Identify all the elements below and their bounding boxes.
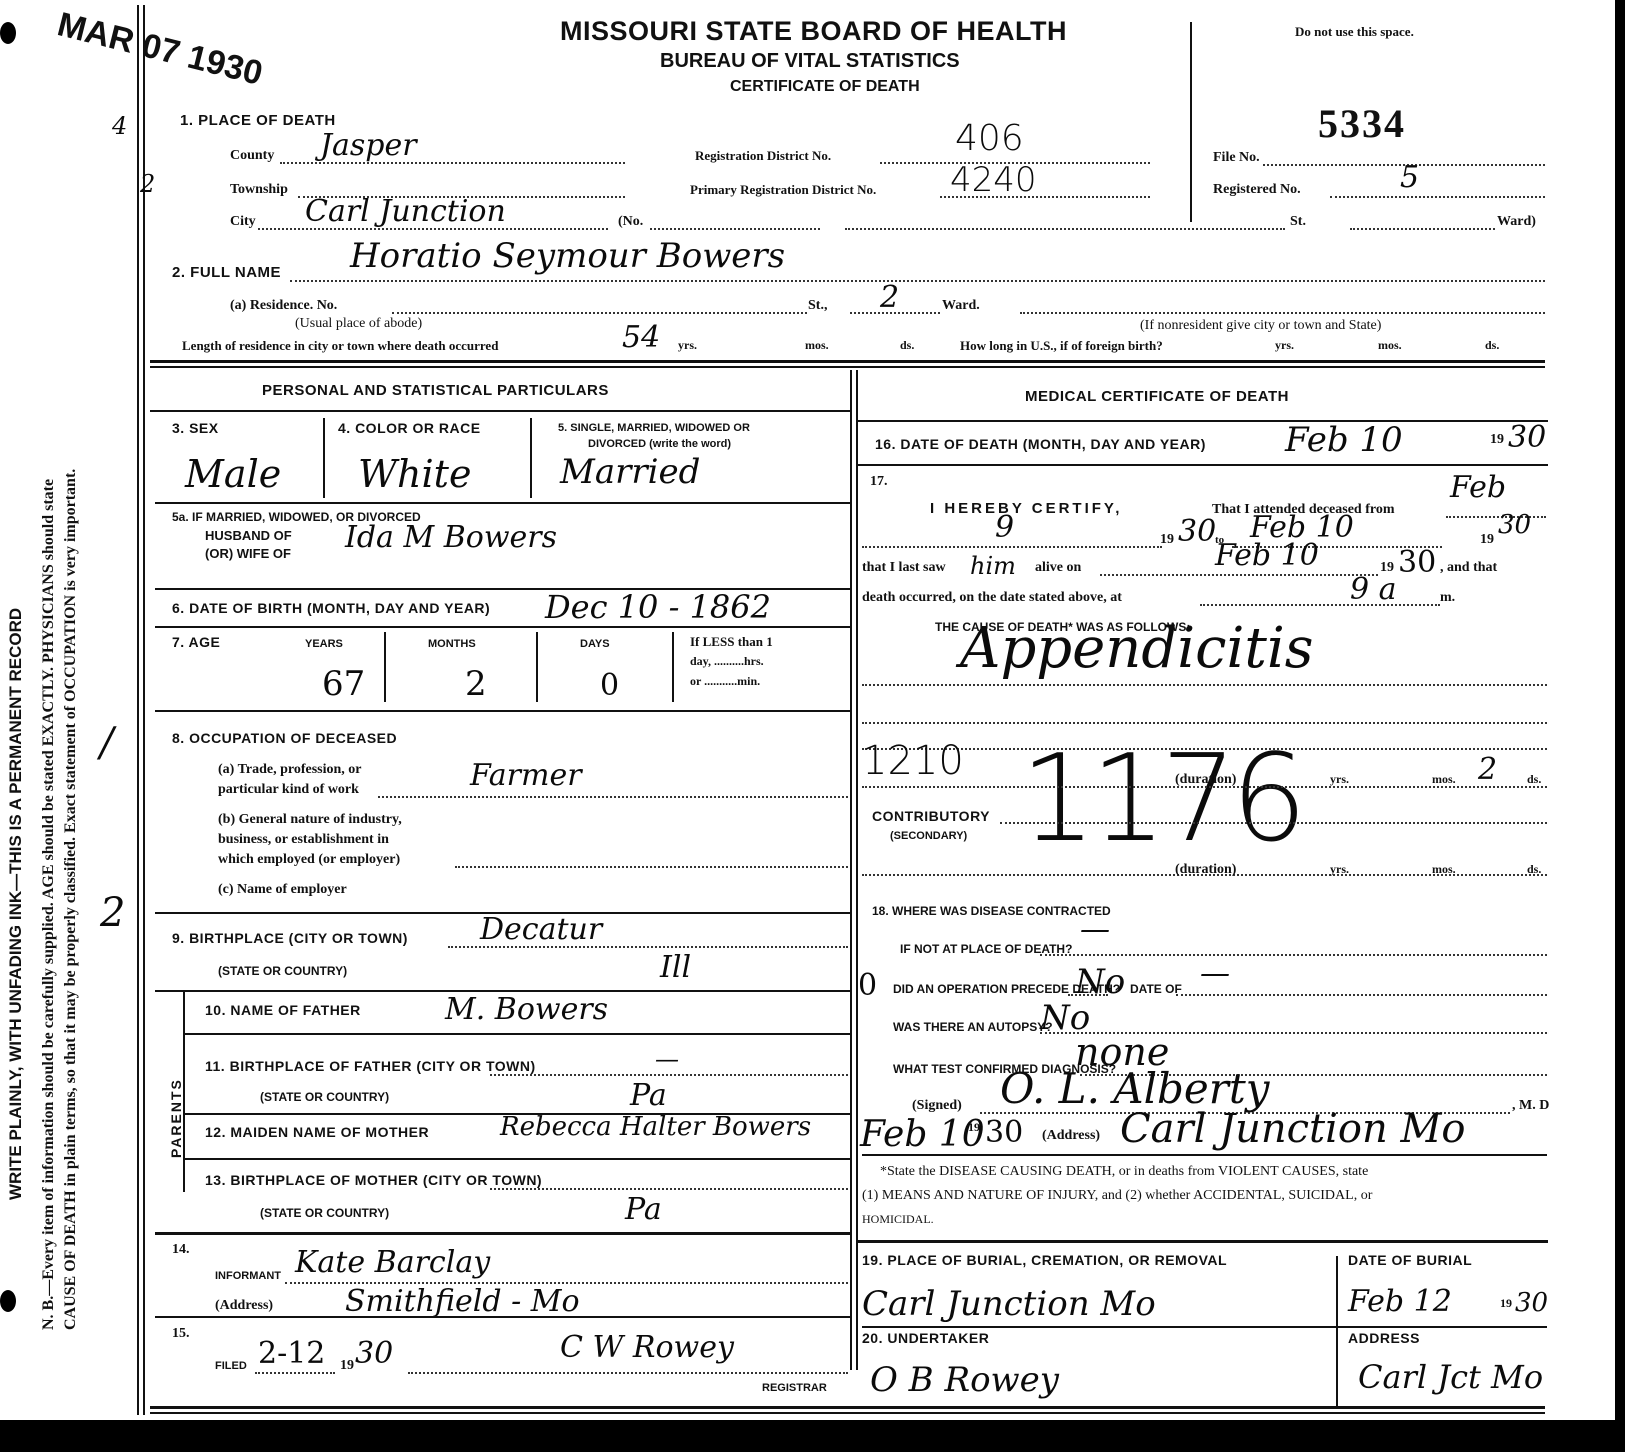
signed-year-value[interactable]: 30 [985,1115,1023,1150]
footnote-line2: (1) MEANS AND NATURE OF INJURY, and (2) … [862,1188,1372,1204]
informant-value[interactable]: Kate Barclay [295,1245,490,1280]
registered-no-label: Registered No. [1213,182,1301,198]
birthplace-city-value[interactable]: Decatur [480,912,602,947]
last-saw-year-value[interactable]: 30 [1398,545,1436,580]
full-name-label: 2. FULL NAME [172,264,281,281]
punch-hole-top [0,22,16,44]
time-of-death-value[interactable]: 9 a [1350,572,1397,607]
city-label: City [230,214,256,230]
primary-reg-district-label: Primary Registration District No. [690,182,876,198]
attended-from-year-value[interactable]: 30 [1178,514,1216,549]
township-label: Township [230,182,288,198]
do-not-use-note: Do not use this space. [1295,24,1414,40]
spouse-value[interactable]: Ida M Bowers [345,520,557,555]
margin-pen-mark-2b: 2 [100,890,125,936]
signed-date-value[interactable]: Feb 10 [860,1114,985,1155]
sex-label: 3. SEX [172,420,219,436]
dod-value[interactable]: Feb 10 [1285,420,1403,460]
certify-label: I HEREBY CERTIFY, [930,500,1122,517]
registrar-signature[interactable]: C W Rowey [560,1330,734,1365]
burial-place-label: 19. PLACE OF BURIAL, CREMATION, OR REMOV… [862,1252,1227,1268]
header-divider [1190,22,1192,222]
classification-code-value[interactable]: 1176 [1020,730,1301,869]
race-value[interactable]: White [358,452,471,496]
operation-mark: 0 [858,968,877,1003]
residence-sub-label: (Usual place of abode) [295,316,422,332]
dob-value[interactable]: Dec 10 - 1862 [545,588,771,626]
mother-maiden-name-label: 12. MAIDEN NAME OF MOTHER [205,1124,429,1140]
burial-date-value[interactable]: Feb 12 [1348,1284,1452,1319]
age-years-value[interactable]: 67 [322,664,365,704]
border-left-inner [143,5,145,1415]
father-name-value[interactable]: M. Bowers [445,992,608,1027]
undertaker-address-label: ADDRESS [1348,1330,1420,1346]
burial-date-label: DATE OF BURIAL [1348,1252,1472,1268]
punch-hole-bottom [0,1290,16,1312]
center-divider-left [850,370,852,1370]
form-name: CERTIFICATE OF DEATH [730,78,920,96]
county-label: County [230,148,274,164]
birthplace-label: 9. BIRTHPLACE (CITY OR TOWN) [172,930,408,946]
mother-maiden-name-value[interactable]: Rebecca Halter Bowers [500,1112,811,1142]
parents-label: PARENTS [168,1078,184,1158]
county-value[interactable]: Jasper [320,128,417,163]
form-subtitle: BUREAU OF VITAL STATISTICS [660,50,960,73]
filed-label: FILED [215,1360,247,1372]
medical-heading: MEDICAL CERTIFICATE OF DEATH [1025,388,1289,405]
margin-pen-mark-1: / [100,720,113,766]
cause-of-death-value[interactable]: Appendicitis [960,616,1314,681]
sex-value[interactable]: Male [185,452,281,496]
file-number-stamp: 5334 [1318,100,1406,147]
length-of-residence-years[interactable]: 54 [622,320,660,355]
border-left-outer [137,5,139,1415]
residence-label: (a) Residence. No. [230,298,337,314]
footnote-line3: HOMICIDAL. [862,1212,934,1227]
dob-label: 6. DATE OF BIRTH (MONTH, DAY AND YEAR) [172,600,490,616]
full-name-value[interactable]: Horatio Seymour Bowers [350,236,785,276]
death-certificate: WRITE PLAINLY, WITH UNFADING INK—THIS IS… [0,0,1615,1420]
foreign-birth-label: How long in U.S., if of foreign birth? [960,338,1163,354]
personal-heading: PERSONAL AND STATISTICAL PARTICULARS [262,382,609,399]
header-bottom-rule [150,360,1545,363]
bottom-rule [150,1406,1545,1409]
burial-place-value[interactable]: Carl Junction Mo [862,1284,1156,1324]
father-birthplace-city-value[interactable]: — [655,1045,679,1073]
filed-year-value[interactable]: 30 [355,1336,393,1371]
signed-label: (Signed) [912,1098,962,1114]
marital-label: 5. SINGLE, MARRIED, WIDOWED OR [558,422,750,434]
age-months-value[interactable]: 2 [465,664,487,704]
primary-reg-district-value[interactable]: 4240 [950,160,1037,200]
margin-permanent-record: WRITE PLAINLY, WITH UNFADING INK—THIS IS… [6,608,26,1200]
city-st-label: St. [1290,214,1306,230]
city-ward-label: Ward) [1497,214,1536,230]
disease-contracted-value[interactable]: — [1080,912,1110,947]
city-no-label: (No. [618,214,643,230]
registered-no-value[interactable]: 5 [1400,160,1419,195]
residence-st-label: St., [808,298,827,314]
attended-from-day-value[interactable]: 9 [995,510,1014,545]
undertaker-value[interactable]: O B Rowey [870,1360,1059,1400]
file-no-label: File No. [1213,150,1260,166]
father-birthplace-label: 11. BIRTHPLACE OF FATHER (CITY OR TOWN) [205,1058,536,1074]
margin-pen-mark-2: 2 [140,170,155,198]
last-saw-pronoun[interactable]: him [970,552,1016,580]
disease-contracted-label: 18. WHERE WAS DISEASE CONTRACTED [872,904,1111,918]
residence-ward-value[interactable]: 2 [880,280,899,315]
duration-days-value[interactable]: 2 [1478,752,1497,787]
autopsy-label: WAS THERE AN AUTOPSY? [893,1020,1053,1034]
filed-date-value[interactable]: 2-12 [258,1336,325,1371]
father-name-label: 10. NAME OF FATHER [205,1002,361,1018]
attended-to-year-value[interactable]: 30 [1498,510,1531,540]
occupation-label: 8. OCCUPATION OF DECEASED [172,730,397,746]
margin-note-line1: N. B.—Every item of information should b… [40,479,58,1330]
contributory-label: CONTRIBUTORY [872,808,990,824]
mother-birthplace-label: 13. BIRTHPLACE OF MOTHER (CITY OR TOWN) [205,1172,542,1188]
undertaker-label: 20. UNDERTAKER [862,1330,989,1346]
place-of-death-label: 1. PLACE OF DEATH [180,112,336,129]
reg-district-value[interactable]: 406 [955,118,1024,159]
received-date-stamp: MAR 07 1930 [53,5,266,94]
length-of-residence-label: Length of residence in city or town wher… [182,338,498,354]
margin-pen-mark-4: 4 [112,112,127,140]
last-saw-date-value[interactable]: Feb 10 [1215,538,1319,573]
attended-from-value[interactable]: Feb [1450,470,1506,505]
age-days-value[interactable]: 0 [600,668,619,703]
father-birthplace-state-value[interactable]: Pa [630,1078,667,1113]
reg-district-label: Registration District No. [695,148,831,164]
operation-date-value[interactable]: — [1200,956,1230,991]
city-value[interactable]: Carl Junction [305,194,506,229]
race-label: 4. COLOR OR RACE [338,420,481,436]
cause-code-value[interactable]: 1210 [862,738,964,784]
physician-address-value[interactable]: Carl Junction Mo [1120,1106,1466,1152]
center-divider-right [856,370,858,1370]
margin-note-line2: CAUSE OF DEATH in plain terms, so that i… [62,469,80,1330]
operation-value[interactable]: No [1075,962,1125,1002]
informant-label: INFORMANT [215,1270,281,1282]
dod-year-value[interactable]: 30 [1508,420,1546,455]
burial-year-value[interactable]: 30 [1515,1288,1548,1318]
dod-label: 16. DATE OF DEATH (MONTH, DAY AND YEAR) [875,436,1206,452]
birthplace-state-value[interactable]: Ill [660,950,691,985]
footnote-line1: *State the DISEASE CAUSING DEATH, or in … [880,1164,1368,1180]
occupation-value[interactable]: Farmer [470,758,582,793]
nonresident-note: (If nonresident give city or town and St… [1140,318,1381,334]
undertaker-address-value[interactable]: Carl Jct Mo [1358,1358,1543,1396]
age-label: 7. AGE [172,634,220,650]
mother-birthplace-state-value[interactable]: Pa [625,1192,662,1227]
residence-ward-label: Ward. [942,298,980,314]
informant-address-value[interactable]: Smithfield - Mo [345,1284,580,1319]
marital-value[interactable]: Married [560,452,700,492]
form-title: MISSOURI STATE BOARD OF HEALTH [560,16,1067,47]
